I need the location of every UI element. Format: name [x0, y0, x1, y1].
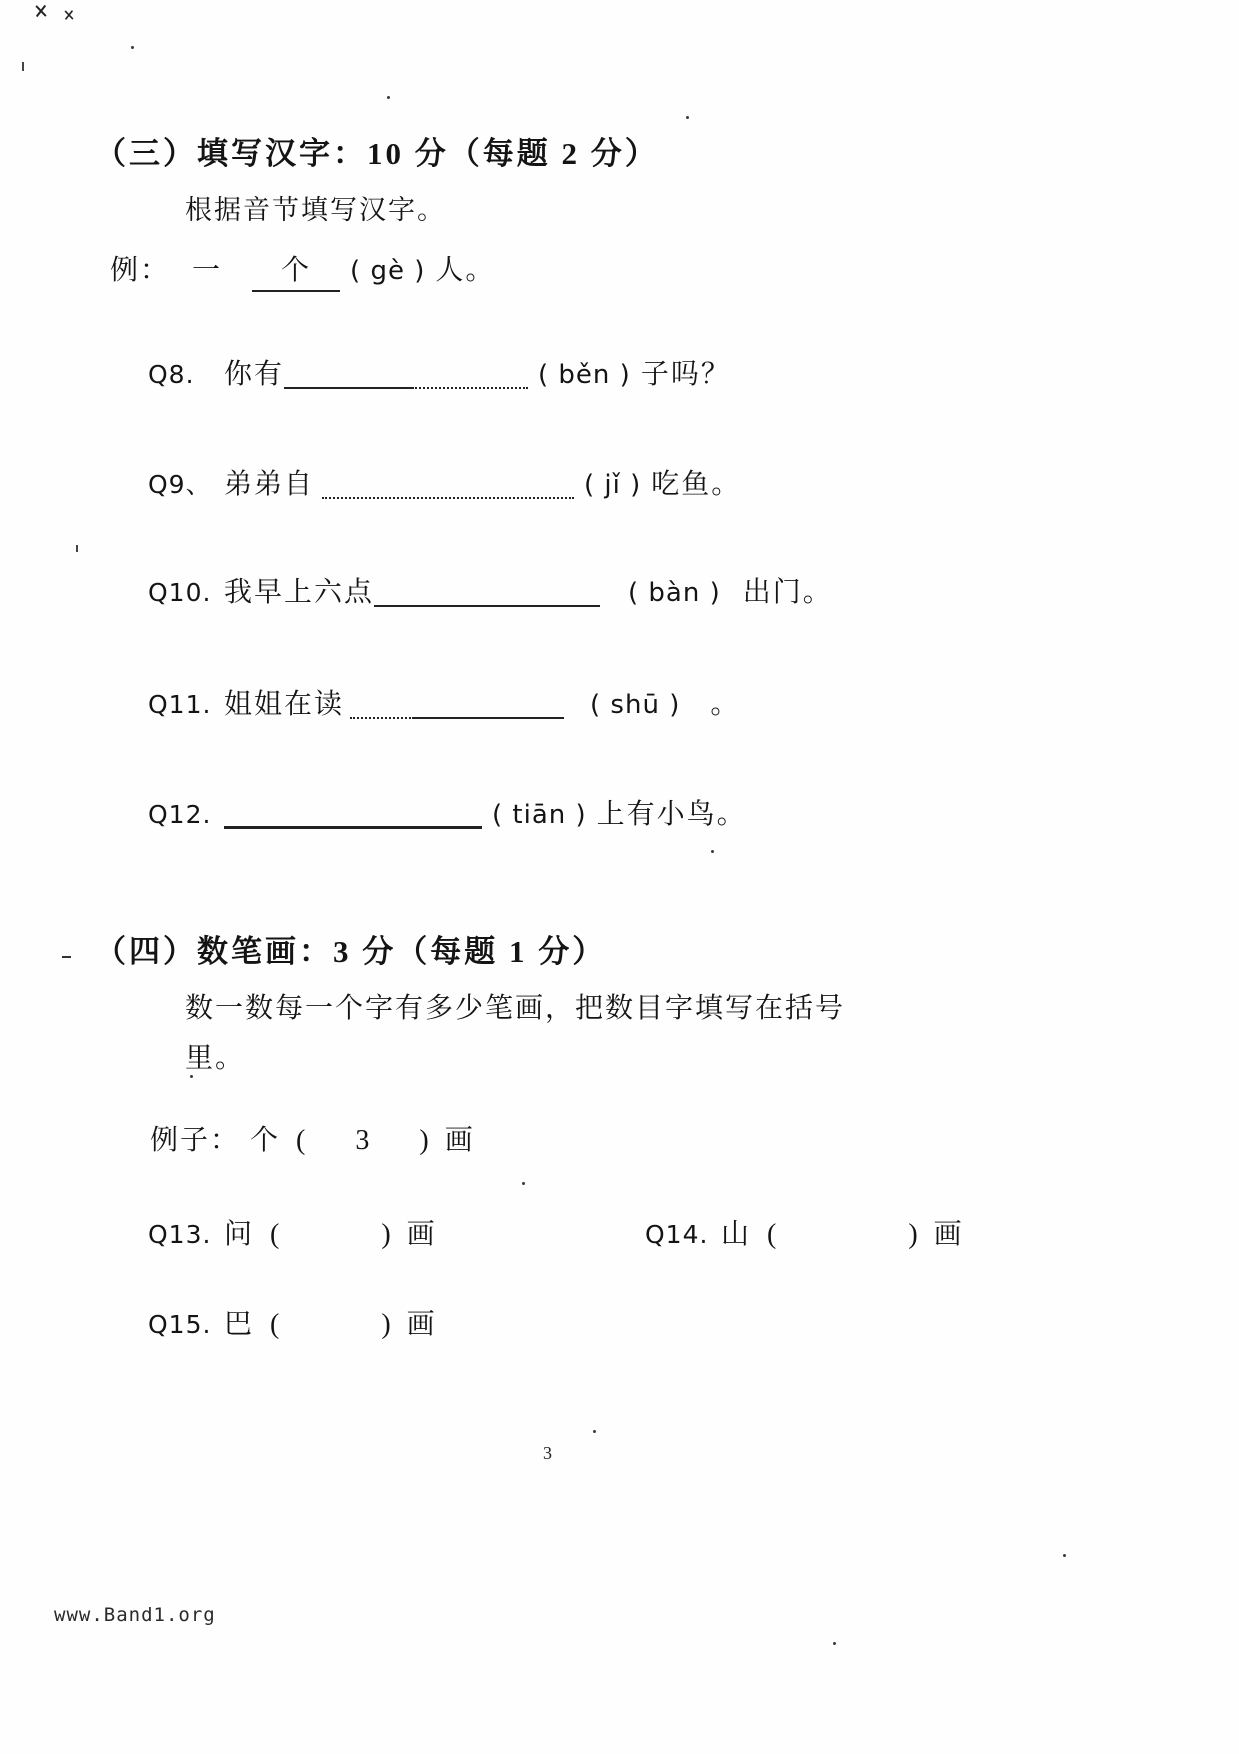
question-row-q8: Q8. 你有 ( běn ) 子吗？ — [148, 352, 731, 392]
question-row-q13: Q13. 问 ( ) 画 — [148, 1212, 437, 1252]
example-post-text: 人。 — [435, 248, 495, 288]
example-pre-text: 一 — [192, 248, 222, 288]
example-label: 例： — [110, 248, 170, 288]
question-post-text: 出门。 — [743, 570, 833, 610]
stroke-example-value: 3 — [355, 1125, 371, 1157]
question-id: Q12. — [148, 800, 224, 829]
example-row: 例： 一 个 ( gè ) 人。 — [110, 248, 495, 292]
answer-blank — [224, 826, 482, 829]
stroke-example-row: 例子： 个 ( 3 ) 画 — [150, 1118, 475, 1158]
scan-speck — [1063, 1554, 1066, 1557]
question-post-text: 子吗？ — [641, 352, 731, 392]
answer-blank — [284, 387, 412, 389]
scan-artifact — [62, 956, 71, 958]
question-post-text: 。 — [710, 682, 740, 722]
question-pinyin: ( jǐ ) — [584, 470, 641, 500]
scan-speck — [131, 46, 134, 49]
stroke-example-character: 个 — [250, 1118, 280, 1158]
scan-speck — [387, 96, 390, 99]
question-id: Q8. — [148, 360, 224, 389]
answer-blank — [412, 387, 528, 389]
question-row-q14: Q14. 山 ( ) 画 — [645, 1212, 964, 1252]
answer-blank — [350, 717, 414, 719]
question-id: Q15. — [148, 1310, 224, 1339]
question-pre-text: 你有 — [224, 352, 284, 392]
question-id: Q9、 — [148, 465, 224, 501]
question-id: Q10. — [148, 578, 224, 607]
question-post-text: 上有小鸟。 — [597, 792, 747, 832]
scan-artifact — [34, 4, 48, 18]
question-pre-text: 弟弟自 — [224, 462, 314, 502]
example-answer: 个 — [252, 248, 340, 292]
section-three-heading: （三）填写汉字：10 分（每题 2 分） — [95, 128, 659, 173]
scan-speck — [686, 116, 689, 119]
stroke-suffix: 画 — [407, 1302, 437, 1342]
section-four-instruction-line1: 数一数每一个字有多少笔画，把数目字填写在括号 — [185, 986, 845, 1026]
question-id: Q13. — [148, 1220, 224, 1249]
scan-artifact — [63, 9, 74, 20]
close-paren: ) — [381, 1309, 392, 1341]
scan-artifact — [22, 62, 24, 71]
question-post-text: 吃鱼。 — [651, 462, 741, 502]
question-pinyin: ( shū ) — [590, 690, 680, 720]
scanned-exam-page: （三）填写汉字：10 分（每题 2 分） 根据音节填写汉字。 例： 一 个 ( … — [0, 0, 1239, 1754]
open-paren: ( — [296, 1125, 307, 1157]
question-row-q12: Q12. ( tiān ) 上有小鸟。 — [148, 792, 747, 832]
scan-speck — [593, 1430, 596, 1433]
question-row-q15: Q15. 巴 ( ) 画 — [148, 1302, 437, 1342]
scan-speck — [711, 850, 714, 853]
close-paren: ) — [908, 1219, 919, 1251]
section-four-instruction-line2: 里。 — [185, 1036, 245, 1076]
question-row-q11: Q11. 姐姐在读 ( shū ) 。 — [148, 682, 740, 722]
close-paren: ) — [419, 1125, 430, 1157]
page-number: 3 — [543, 1443, 552, 1464]
question-id: Q11. — [148, 690, 224, 719]
stroke-character: 山 — [721, 1212, 751, 1252]
stroke-example-label: 例子： — [150, 1118, 240, 1158]
stroke-suffix: 画 — [407, 1212, 437, 1252]
section-three-instruction: 根据音节填写汉字。 — [185, 188, 446, 227]
answer-blank — [322, 497, 574, 499]
question-row-q9: Q9、 弟弟自 ( jǐ ) 吃鱼。 — [148, 462, 741, 502]
question-id: Q14. — [645, 1220, 721, 1249]
example-pinyin: ( gè ) — [350, 256, 425, 286]
open-paren: ( — [270, 1309, 281, 1341]
question-pre-text: 我早上六点 — [224, 570, 374, 610]
close-paren: ) — [381, 1219, 392, 1251]
question-pinyin: ( tiān ) — [492, 800, 587, 830]
answer-blank — [374, 605, 600, 607]
stroke-character: 问 — [224, 1212, 254, 1252]
open-paren: ( — [767, 1219, 778, 1251]
scan-speck — [833, 1642, 836, 1645]
scan-speck — [522, 1182, 525, 1185]
question-pinyin: ( běn ) — [538, 360, 631, 390]
question-pinyin: ( bàn ) — [628, 578, 721, 608]
open-paren: ( — [270, 1219, 281, 1251]
question-row-q10: Q10. 我早上六点 ( bàn ) 出门。 — [148, 570, 833, 610]
answer-blank — [414, 717, 564, 719]
scan-artifact — [76, 545, 78, 552]
stroke-character: 巴 — [224, 1302, 254, 1342]
question-pre-text: 姐姐在读 — [224, 682, 344, 722]
section-four-heading: （四）数笔画：3 分（每题 1 分） — [95, 926, 606, 971]
stroke-suffix: 画 — [934, 1212, 964, 1252]
site-footer: www.Band1.org — [54, 1604, 216, 1626]
stroke-example-suffix: 画 — [445, 1118, 475, 1158]
